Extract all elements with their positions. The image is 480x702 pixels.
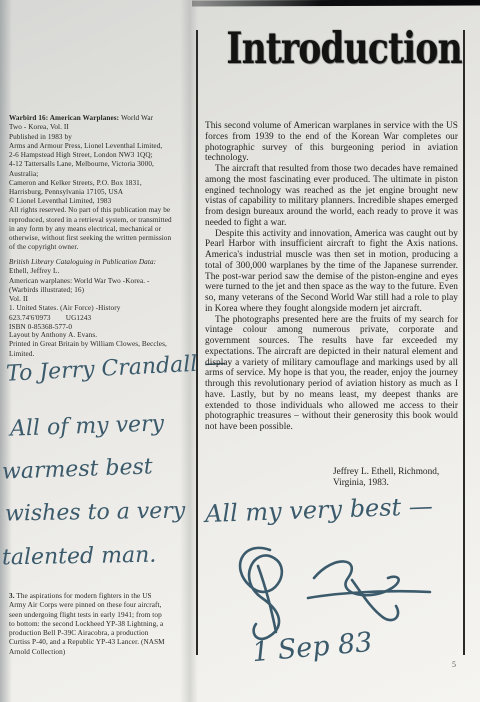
inscription-line-4: wishes to a very bbox=[5, 498, 186, 526]
paragraph-3: Despite this activity and innovation, Am… bbox=[205, 229, 458, 315]
page-title: Introduction bbox=[226, 26, 437, 72]
cataloguing-body: Ethell, Jeffrey L. American warplanes: W… bbox=[9, 267, 150, 331]
page-border-right bbox=[463, 30, 465, 655]
imprint-text: World War Two - Korea, Vol. II Published… bbox=[9, 114, 162, 196]
cataloguing-heading: British Library Cataloguing in Publicati… bbox=[9, 258, 156, 266]
cataloguing-block: British Library Cataloguing in Publicati… bbox=[9, 258, 185, 332]
paragraph-1: This second volume of American warplanes… bbox=[205, 121, 458, 164]
page-number: 5 bbox=[452, 660, 456, 669]
copyright-block: © Lionel Leventhal Limited, 1983 All rig… bbox=[9, 197, 185, 253]
author-byline: Jeffrey L. Ethell, Richmond, Virginia, 1… bbox=[333, 467, 463, 489]
scan-top-edge bbox=[192, 0, 480, 7]
inscription-line-3: warmest best bbox=[2, 454, 153, 484]
book-scan: Warbird 16: American Warplanes: World Wa… bbox=[0, 0, 480, 702]
paragraph-4: The photographs presented here are the f… bbox=[205, 315, 458, 433]
paragraph-2: The aircraft that resulted from those tw… bbox=[205, 164, 458, 229]
page-border-left bbox=[196, 30, 198, 655]
inscription-line-2: All of my very bbox=[10, 411, 165, 441]
inscription-line-5: talented man. bbox=[2, 543, 157, 571]
handwritten-greeting: All my very best — bbox=[205, 492, 434, 528]
caption-text: The aspirations for modern fighters in t… bbox=[9, 592, 165, 656]
imprint-block: Warbird 16: American Warplanes: World Wa… bbox=[9, 114, 185, 198]
introduction-text: This second volume of American warplanes… bbox=[205, 121, 458, 433]
photo-caption: 3. The aspirations for modern fighters i… bbox=[9, 592, 185, 657]
book-title: Warbird 16: American Warplanes: bbox=[9, 114, 119, 122]
